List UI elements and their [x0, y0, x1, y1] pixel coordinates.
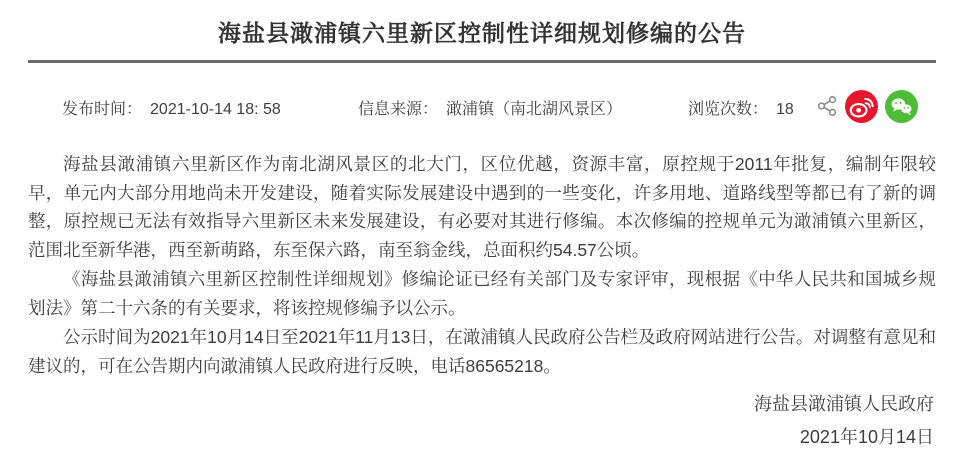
- share-icon-group: [816, 88, 918, 124]
- announcement-body: 海盐县澉浦镇六里新区作为南北湖风景区的北大门，区位优越，资源丰富，原控规于201…: [28, 150, 936, 381]
- signature-org: 海盐县澉浦镇人民政府: [754, 388, 934, 421]
- title-divider: [28, 60, 936, 63]
- view-count: 浏览次数：18: [688, 96, 794, 119]
- signature-date: 2021年10月14日: [754, 421, 934, 454]
- weibo-icon[interactable]: [845, 90, 878, 123]
- info-source-value: 澉浦镇（南北湖风景区）: [446, 101, 622, 118]
- publish-time: 发布时间：2021-10-14 18: 58: [62, 96, 281, 119]
- view-count-value: 18: [776, 101, 794, 118]
- body-paragraph-1: 海盐县澉浦镇六里新区作为南北湖风景区的北大门，区位优越，资源丰富，原控规于201…: [28, 150, 936, 264]
- body-paragraph-2: 《海盐县澉浦镇六里新区控制性详细规划》修编论证已经有关部门及专家评审，现根据《中…: [28, 265, 936, 322]
- page-title: 海盐县澉浦镇六里新区控制性详细规划修编的公告: [0, 15, 964, 48]
- signature-block: 海盐县澉浦镇人民政府 2021年10月14日: [754, 388, 934, 454]
- wechat-icon[interactable]: [885, 90, 918, 123]
- body-paragraph-3: 公示时间为2021年10月14日至2021年11月13日，在澉浦镇人民政府公告栏…: [28, 323, 936, 380]
- meta-bar: 发布时间：2021-10-14 18: 58 信息来源：澉浦镇（南北湖风景区） …: [0, 88, 964, 124]
- share-icon[interactable]: [816, 95, 838, 117]
- view-count-label: 浏览次数：: [688, 101, 768, 118]
- announcement-page: 海盐县澉浦镇六里新区控制性详细规划修编的公告 发布时间：2021-10-14 1…: [0, 0, 964, 455]
- publish-time-label: 发布时间：: [62, 101, 142, 118]
- info-source: 信息来源：澉浦镇（南北湖风景区）: [358, 96, 622, 119]
- publish-time-value: 2021-10-14 18: 58: [150, 101, 281, 118]
- info-source-label: 信息来源：: [358, 101, 438, 118]
